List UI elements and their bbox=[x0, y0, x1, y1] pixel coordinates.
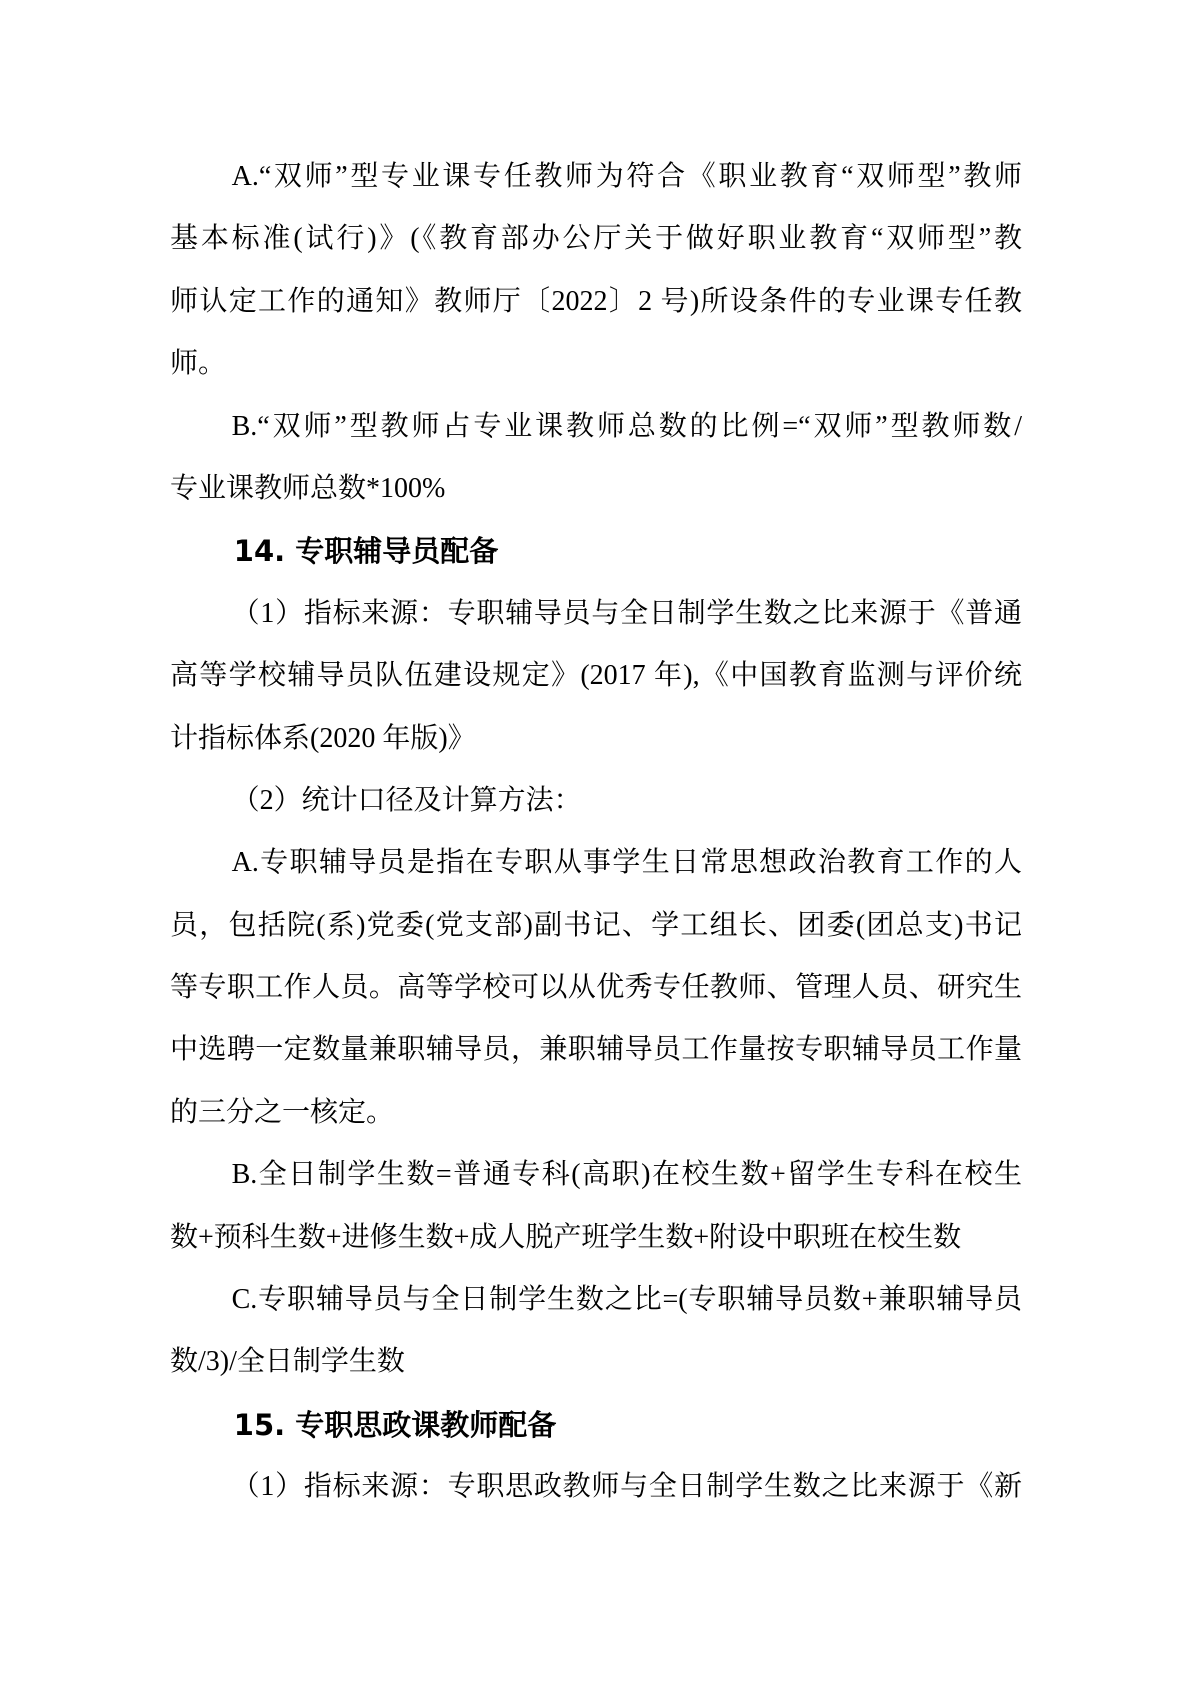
doc-line: 专业课教师总数*100% bbox=[170, 458, 1022, 520]
heading-14-counselor-staffing: 14. 专职辅导员配备 bbox=[170, 520, 1022, 582]
doc-line: 高等学校辅导员队伍建设规定》(2017 年),《中国教育监测与评价统 bbox=[170, 645, 1022, 707]
doc-line: C.专职辅导员与全日制学生数之比=(专职辅导员数+兼职辅导员 bbox=[170, 1269, 1022, 1331]
doc-line: （2）统计口径及计算方法： bbox=[170, 770, 1022, 832]
doc-line: （1）指标来源：专职辅导员与全日制学生数之比来源于《普通 bbox=[170, 583, 1022, 645]
doc-line: A.“双师”型专业课专任教师为符合《职业教育“双师型”教师 bbox=[170, 146, 1022, 208]
doc-line: 计指标体系(2020 年版)》 bbox=[170, 708, 1022, 770]
heading-15-ideology-teacher-staffing: 15. 专职思政课教师配备 bbox=[170, 1394, 1022, 1456]
doc-line: 数+预科生数+进修生数+成人脱产班学生数+附设中职班在校生数 bbox=[170, 1207, 1022, 1269]
doc-line: 等专职工作人员。高等学校可以从优秀专任教师、管理人员、研究生 bbox=[170, 957, 1022, 1019]
doc-line: （1）指标来源：专职思政教师与全日制学生数之比来源于《新 bbox=[170, 1456, 1022, 1518]
doc-line: 基本标准(试行)》(《教育部办公厅关于做好职业教育“双师型”教 bbox=[170, 208, 1022, 270]
doc-line: 中选聘一定数量兼职辅导员，兼职辅导员工作量按专职辅导员工作量 bbox=[170, 1019, 1022, 1081]
doc-line: 数/3)/全日制学生数 bbox=[170, 1331, 1022, 1393]
doc-line: 员，包括院(系)党委(党支部)副书记、学工组长、团委(团总支)书记 bbox=[170, 895, 1022, 957]
document-page: A.“双师”型专业课专任教师为符合《职业教育“双师型”教师 基本标准(试行)》(… bbox=[0, 0, 1191, 1684]
doc-line: A.专职辅导员是指在专职从事学生日常思想政治教育工作的人 bbox=[170, 832, 1022, 894]
doc-line: 师。 bbox=[170, 333, 1022, 395]
doc-line: B.全日制学生数=普通专科(高职)在校生数+留学生专科在校生 bbox=[170, 1144, 1022, 1206]
doc-line: 的三分之一核定。 bbox=[170, 1082, 1022, 1144]
text-block: A.“双师”型专业课专任教师为符合《职业教育“双师型”教师 基本标准(试行)》(… bbox=[170, 146, 1022, 1519]
doc-line: B.“双师”型教师占专业课教师总数的比例=“双师”型教师数/ bbox=[170, 396, 1022, 458]
doc-line: 师认定工作的通知》教师厅〔2022〕2 号)所设条件的专业课专任教 bbox=[170, 271, 1022, 333]
